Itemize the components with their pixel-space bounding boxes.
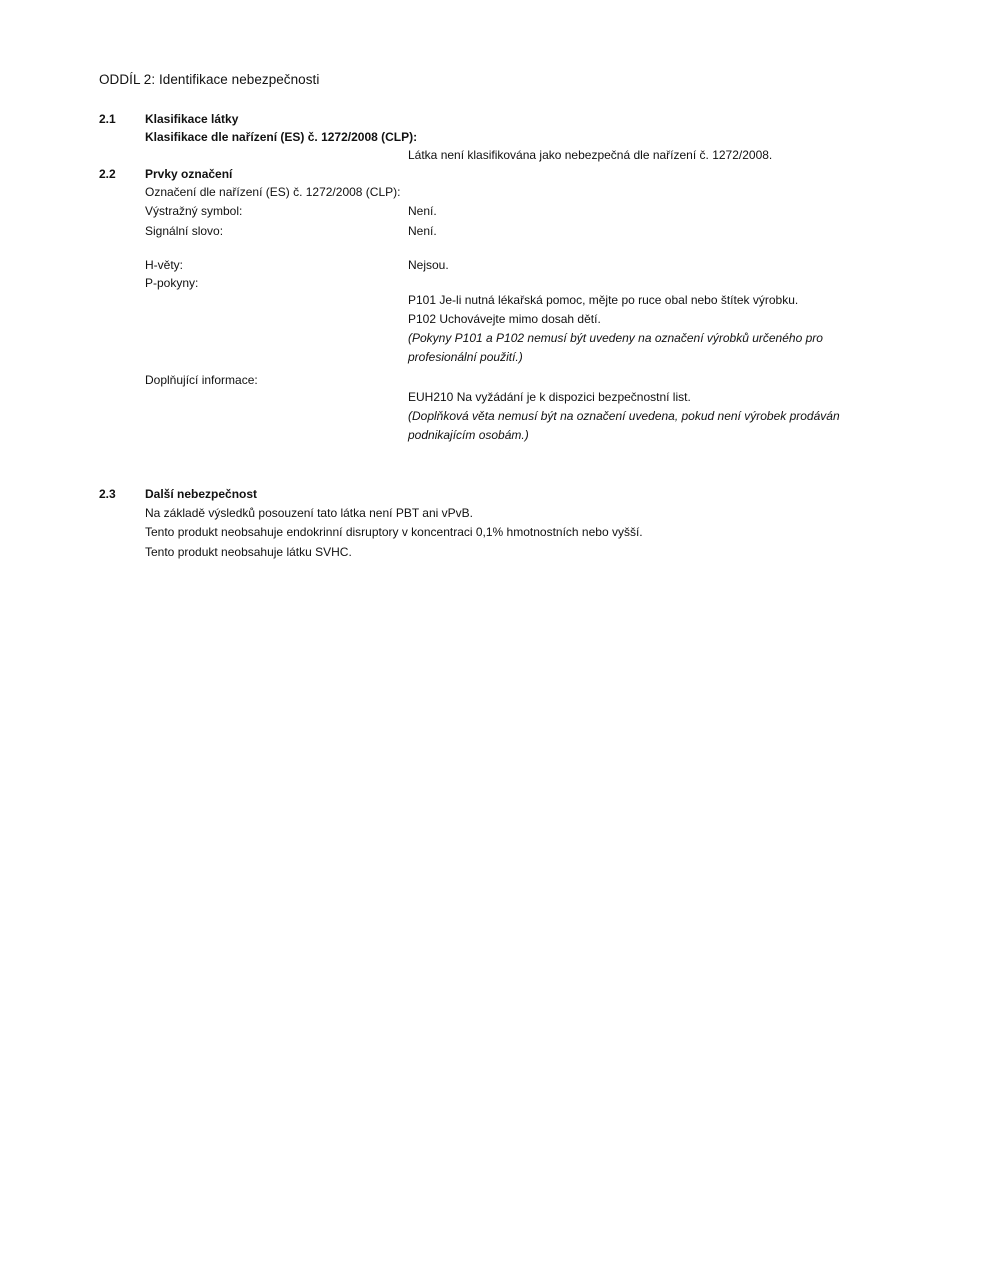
hazard-symbol-label: Výstražný symbol:: [145, 204, 242, 218]
section-number: 2.1: [99, 112, 116, 126]
p-statements-note: (Pokyny P101 a P102 nemusí být uvedeny n…: [408, 331, 823, 345]
other-hazards-line: Tento produkt neobsahuje látku SVHC.: [145, 545, 352, 559]
other-hazards-line: Na základě výsledků posouzení tato látka…: [145, 506, 473, 520]
signal-word-label: Signální slovo:: [145, 224, 223, 238]
supplementary-note: (Doplňková věta nemusí být na označení u…: [408, 409, 840, 423]
p-statements-label: P-pokyny:: [145, 276, 198, 290]
section-heading: Prvky označení: [145, 167, 232, 181]
section-heading: Další nebezpečnost: [145, 487, 257, 501]
supplementary-statement: EUH210 Na vyžádání je k dispozici bezpeč…: [408, 390, 691, 404]
section-heading: Klasifikace látky: [145, 112, 238, 126]
section-number: 2.3: [99, 487, 116, 501]
section-subheading: Označení dle nařízení (ES) č. 1272/2008 …: [145, 185, 400, 199]
p-statements-note-cont: profesionální použití.): [408, 350, 523, 364]
p-statement-p101: P101 Je-li nutná lékařská pomoc, mějte p…: [408, 293, 798, 307]
section-subheading: Klasifikace dle nařízení (ES) č. 1272/20…: [145, 130, 417, 144]
hazard-symbol-value: Není.: [408, 204, 437, 218]
classification-value: Látka není klasifikována jako nebezpečná…: [408, 148, 772, 162]
signal-word-value: Není.: [408, 224, 437, 238]
other-hazards-line: Tento produkt neobsahuje endokrinní disr…: [145, 525, 643, 539]
supplementary-info-label: Doplňující informace:: [145, 373, 258, 387]
section-number: 2.2: [99, 167, 116, 181]
h-statements-value: Nejsou.: [408, 258, 449, 272]
page-title: ODDÍL 2: Identifikace nebezpečnosti: [99, 72, 319, 87]
p-statement-p102: P102 Uchovávejte mimo dosah dětí.: [408, 312, 601, 326]
supplementary-note-cont: podnikajícím osobám.): [408, 428, 529, 442]
h-statements-label: H-věty:: [145, 258, 183, 272]
